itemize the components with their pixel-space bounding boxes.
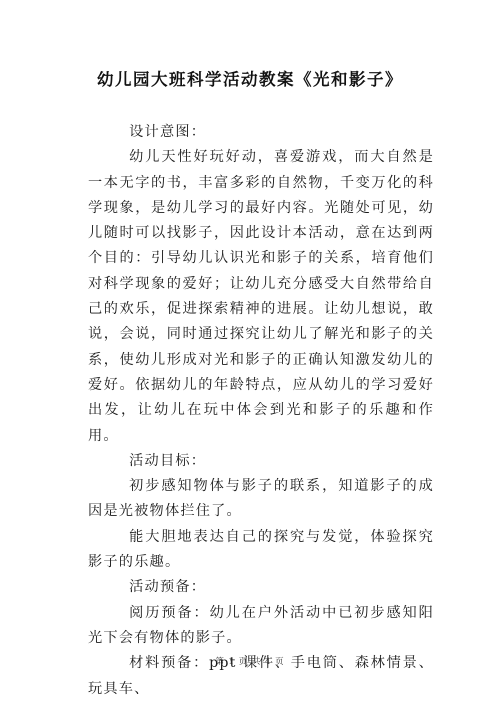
- paragraph-design-intent: 幼儿天性好玩好动，喜爱游戏，而大自然是一本无字的书，丰富多彩的自然物，千变万化的…: [88, 145, 434, 449]
- document-title: 幼儿园大班科学活动教案《光和影子》: [0, 66, 500, 90]
- section-heading-design-intent: 设计意图：: [88, 120, 434, 145]
- paragraph-objective-2: 能大胆地表达自己的探究与发觉，体验探究影子的乐趣。: [88, 525, 434, 576]
- section-heading-preparation: 活动预备：: [88, 575, 434, 600]
- page-footer: 第 1 页 共 4 页: [0, 655, 500, 667]
- section-heading-objectives: 活动目标：: [88, 449, 434, 474]
- document-body: 设计意图： 幼儿天性好玩好动，喜爱游戏，而大自然是一本无字的书，丰富多彩的自然物…: [88, 120, 434, 702]
- paragraph-objective-1: 初步感知物体与影子的联系，知道影子的成因是光被物体拦住了。: [88, 474, 434, 525]
- paragraph-experience-prep: 阅历预备：幼儿在户外活动中已初步感知阳光下会有物体的影子。: [88, 601, 434, 652]
